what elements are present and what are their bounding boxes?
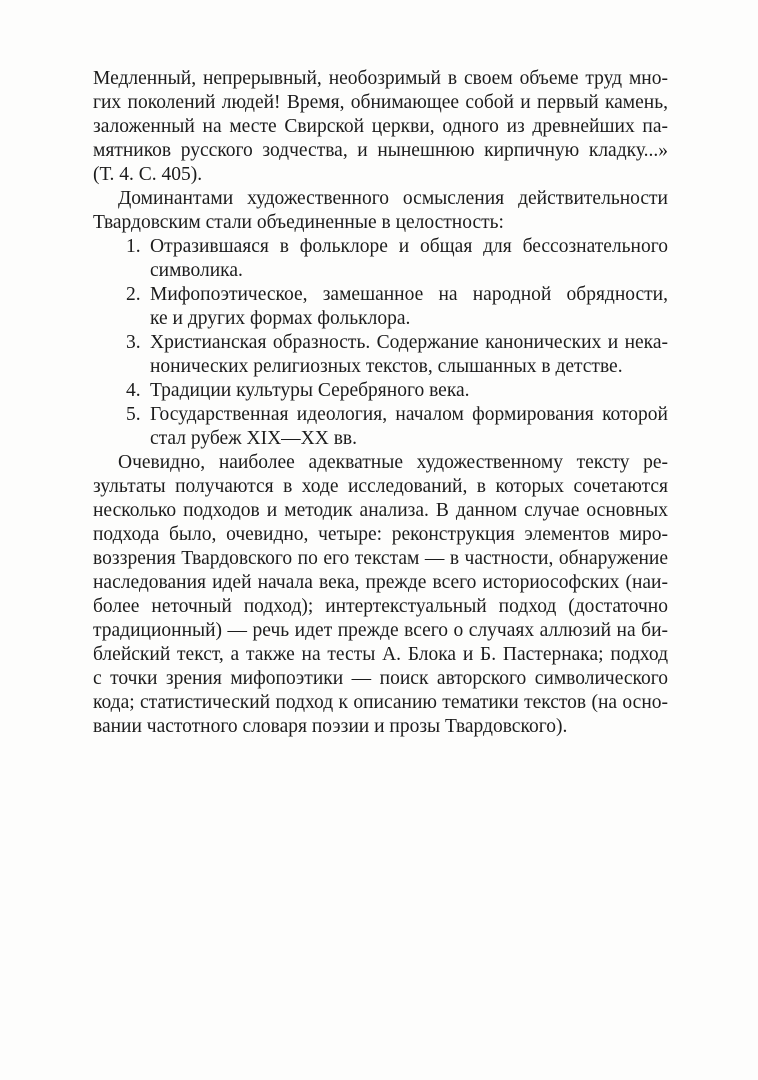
text-line: Доминантами художественного осмысления д… [93,187,668,211]
text-line: Мифопоэтическое, замешанное на народной … [150,283,668,307]
list-item-number: 3. [126,331,141,355]
list-item: 4.Традиции культуры Серебряного века. [93,379,668,403]
text-line: вании частотного словаря поэзии и прозы … [93,715,668,739]
text-line: Медленный, непрерывный, необозримый в св… [93,67,668,91]
text-line: более неточный подход); интертекстуальны… [93,595,668,619]
paragraph: Очевидно, наиболее адекватные художестве… [93,451,668,739]
text-line: стал рубеж XIX—XX вв. [150,427,668,451]
text-line: подхода было, очевидно, четыре: реконстр… [93,523,668,547]
list-item: 5.Государственная идеология, началом фор… [93,403,668,451]
text-line: ке и других формах фольклора. [150,307,668,331]
text-line: наследования идей начала века, прежде вс… [93,571,668,595]
list-item-number: 2. [126,283,141,307]
text-line: блейский текст, а также на тесты А. Блок… [93,643,668,667]
text-line: Государственная идеология, началом форми… [150,403,668,427]
text-line: традиционный) — речь идет прежде всего о… [93,619,668,643]
text-line: символика. [150,259,668,283]
text-line: Твардовским стали объединенные в целостн… [93,211,668,235]
text-line: Христианская образность. Содержание кано… [150,331,668,355]
numbered-list: 1.Отразившаяся в фольклоре и общая для б… [93,235,668,451]
text-line: Очевидно, наиболее адекватные художестве… [93,451,668,475]
list-item-number: 1. [126,235,141,259]
text-line: (Т. 4. С. 405). [93,163,668,187]
text-line: Традиции культуры Серебряного века. [150,379,668,403]
text-line: зультаты получаются в ходе исследований,… [93,475,668,499]
list-item: 1.Отразившаяся в фольклоре и общая для б… [93,235,668,283]
text-line: Отразившаяся в фольклоре и общая для бес… [150,235,668,259]
list-item: 2.Мифопоэтическое, замешанное на народно… [93,283,668,331]
paragraph: Медленный, непрерывный, необозримый в св… [93,67,668,187]
text-line: с точки зрения мифопоэтики — поиск автор… [93,667,668,691]
page-text-block: Медленный, непрерывный, необозримый в св… [93,67,668,739]
list-item-number: 5. [126,403,141,427]
text-line: гих поколений людей! Время, обнимающее с… [93,91,668,115]
paragraph: Доминантами художественного осмысления д… [93,187,668,235]
text-line: мятников русского зодчества, и нынешнюю … [93,139,668,163]
scanned-book-page: Медленный, непрерывный, необозримый в св… [0,0,758,1080]
list-item: 3.Христианская образность. Содержание ка… [93,331,668,379]
list-item-number: 4. [126,379,141,403]
text-line: кода; статистический подход к описанию т… [93,691,668,715]
text-line: заложенный на месте Свирской церкви, одн… [93,115,668,139]
text-line: несколько подходов и методик анализа. В … [93,499,668,523]
text-line: воззрения Твардовского по его текстам — … [93,547,668,571]
text-line: нонических религиозных текстов, слышанны… [150,355,668,379]
